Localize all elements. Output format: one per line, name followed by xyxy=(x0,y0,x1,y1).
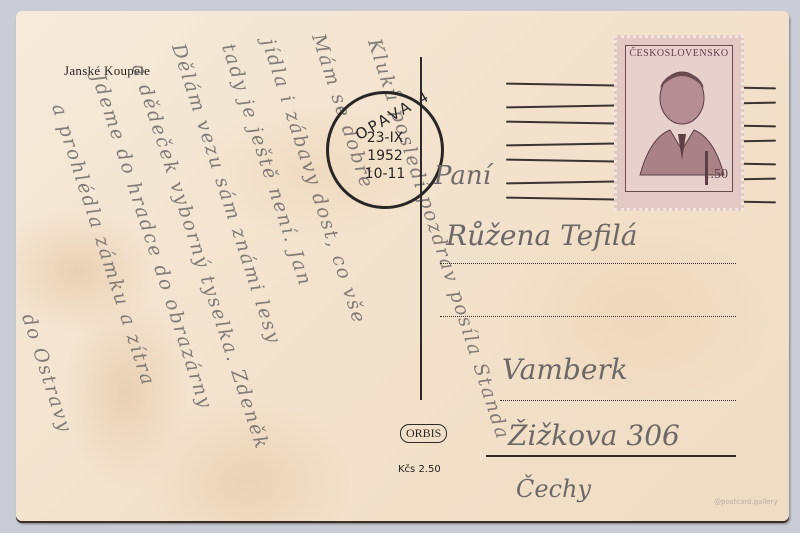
address-line-4 xyxy=(486,455,736,457)
stamp-country: ČESKOSLOVENSKO xyxy=(626,48,732,59)
postmark: OPAVA 4 23-IX 1952 10-11 xyxy=(326,91,444,209)
address-line-2 xyxy=(440,316,736,317)
postmark-time: 10-11 xyxy=(329,166,441,182)
postmark-date: 23-IX xyxy=(329,130,441,146)
postage-stamp: ČESKOSLOVENSKO 1.50 xyxy=(614,35,744,211)
publisher-logo: ORBIS xyxy=(400,424,447,443)
price-label: Kčs 2.50 xyxy=(398,464,441,475)
portrait-icon xyxy=(630,60,730,180)
watermark: @postcard.gallery xyxy=(714,498,778,506)
address-country: Čechy xyxy=(516,475,591,503)
address-name: Růžena Tefilá xyxy=(446,219,637,252)
stamp-frame: ČESKOSLOVENSKO 1.50 xyxy=(625,45,733,192)
postmark-year: 1952 xyxy=(329,148,441,164)
address-line-1 xyxy=(440,263,736,264)
address-street: Žižkova 306 xyxy=(508,419,680,452)
address-town: Vamberk xyxy=(502,353,628,386)
postcard-back: Janské Koupele Kluků posledí pozdrav pos… xyxy=(16,11,789,521)
address-line-3 xyxy=(500,400,736,401)
address-salutation: Paní xyxy=(434,161,491,191)
message-line: do Ostravy xyxy=(17,311,76,436)
stamp-value: 1.50 xyxy=(704,167,729,183)
